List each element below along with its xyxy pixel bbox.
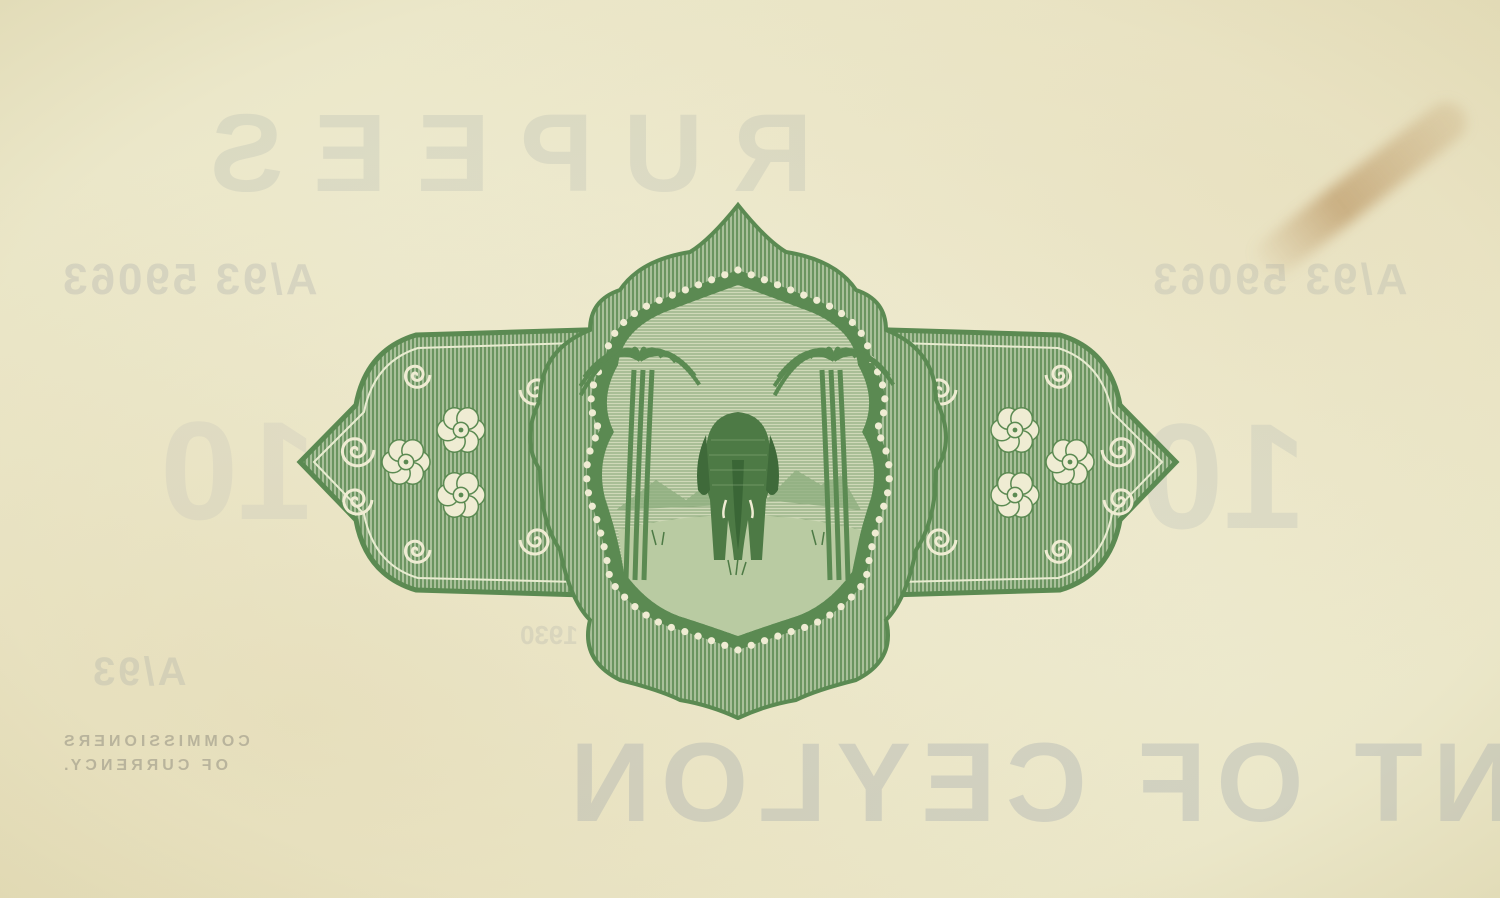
elephant-vignette [296, 200, 1180, 720]
showthrough-denomination-left: 10 [160, 390, 316, 552]
showthrough-serial-right: A/93 59063 [1150, 255, 1408, 305]
showthrough-serial-bottom: A/93 [90, 650, 187, 695]
banknote-reverse: RUPEES A/93 59063 A/93 59063 A/93 1930 1… [0, 0, 1500, 898]
showthrough-top-text: RUPEES [180, 90, 812, 217]
showthrough-commissioners: COMMISSIONERS OF CURRENCY. [60, 730, 250, 778]
commissioners-line-1: COMMISSIONERS [60, 730, 250, 754]
showthrough-serial-left: A/93 59063 [60, 255, 318, 305]
showthrough-issuer-title: GOVERNMENT OF CEYLON [560, 718, 1500, 847]
commissioners-line-2: OF CURRENCY. [60, 754, 250, 778]
